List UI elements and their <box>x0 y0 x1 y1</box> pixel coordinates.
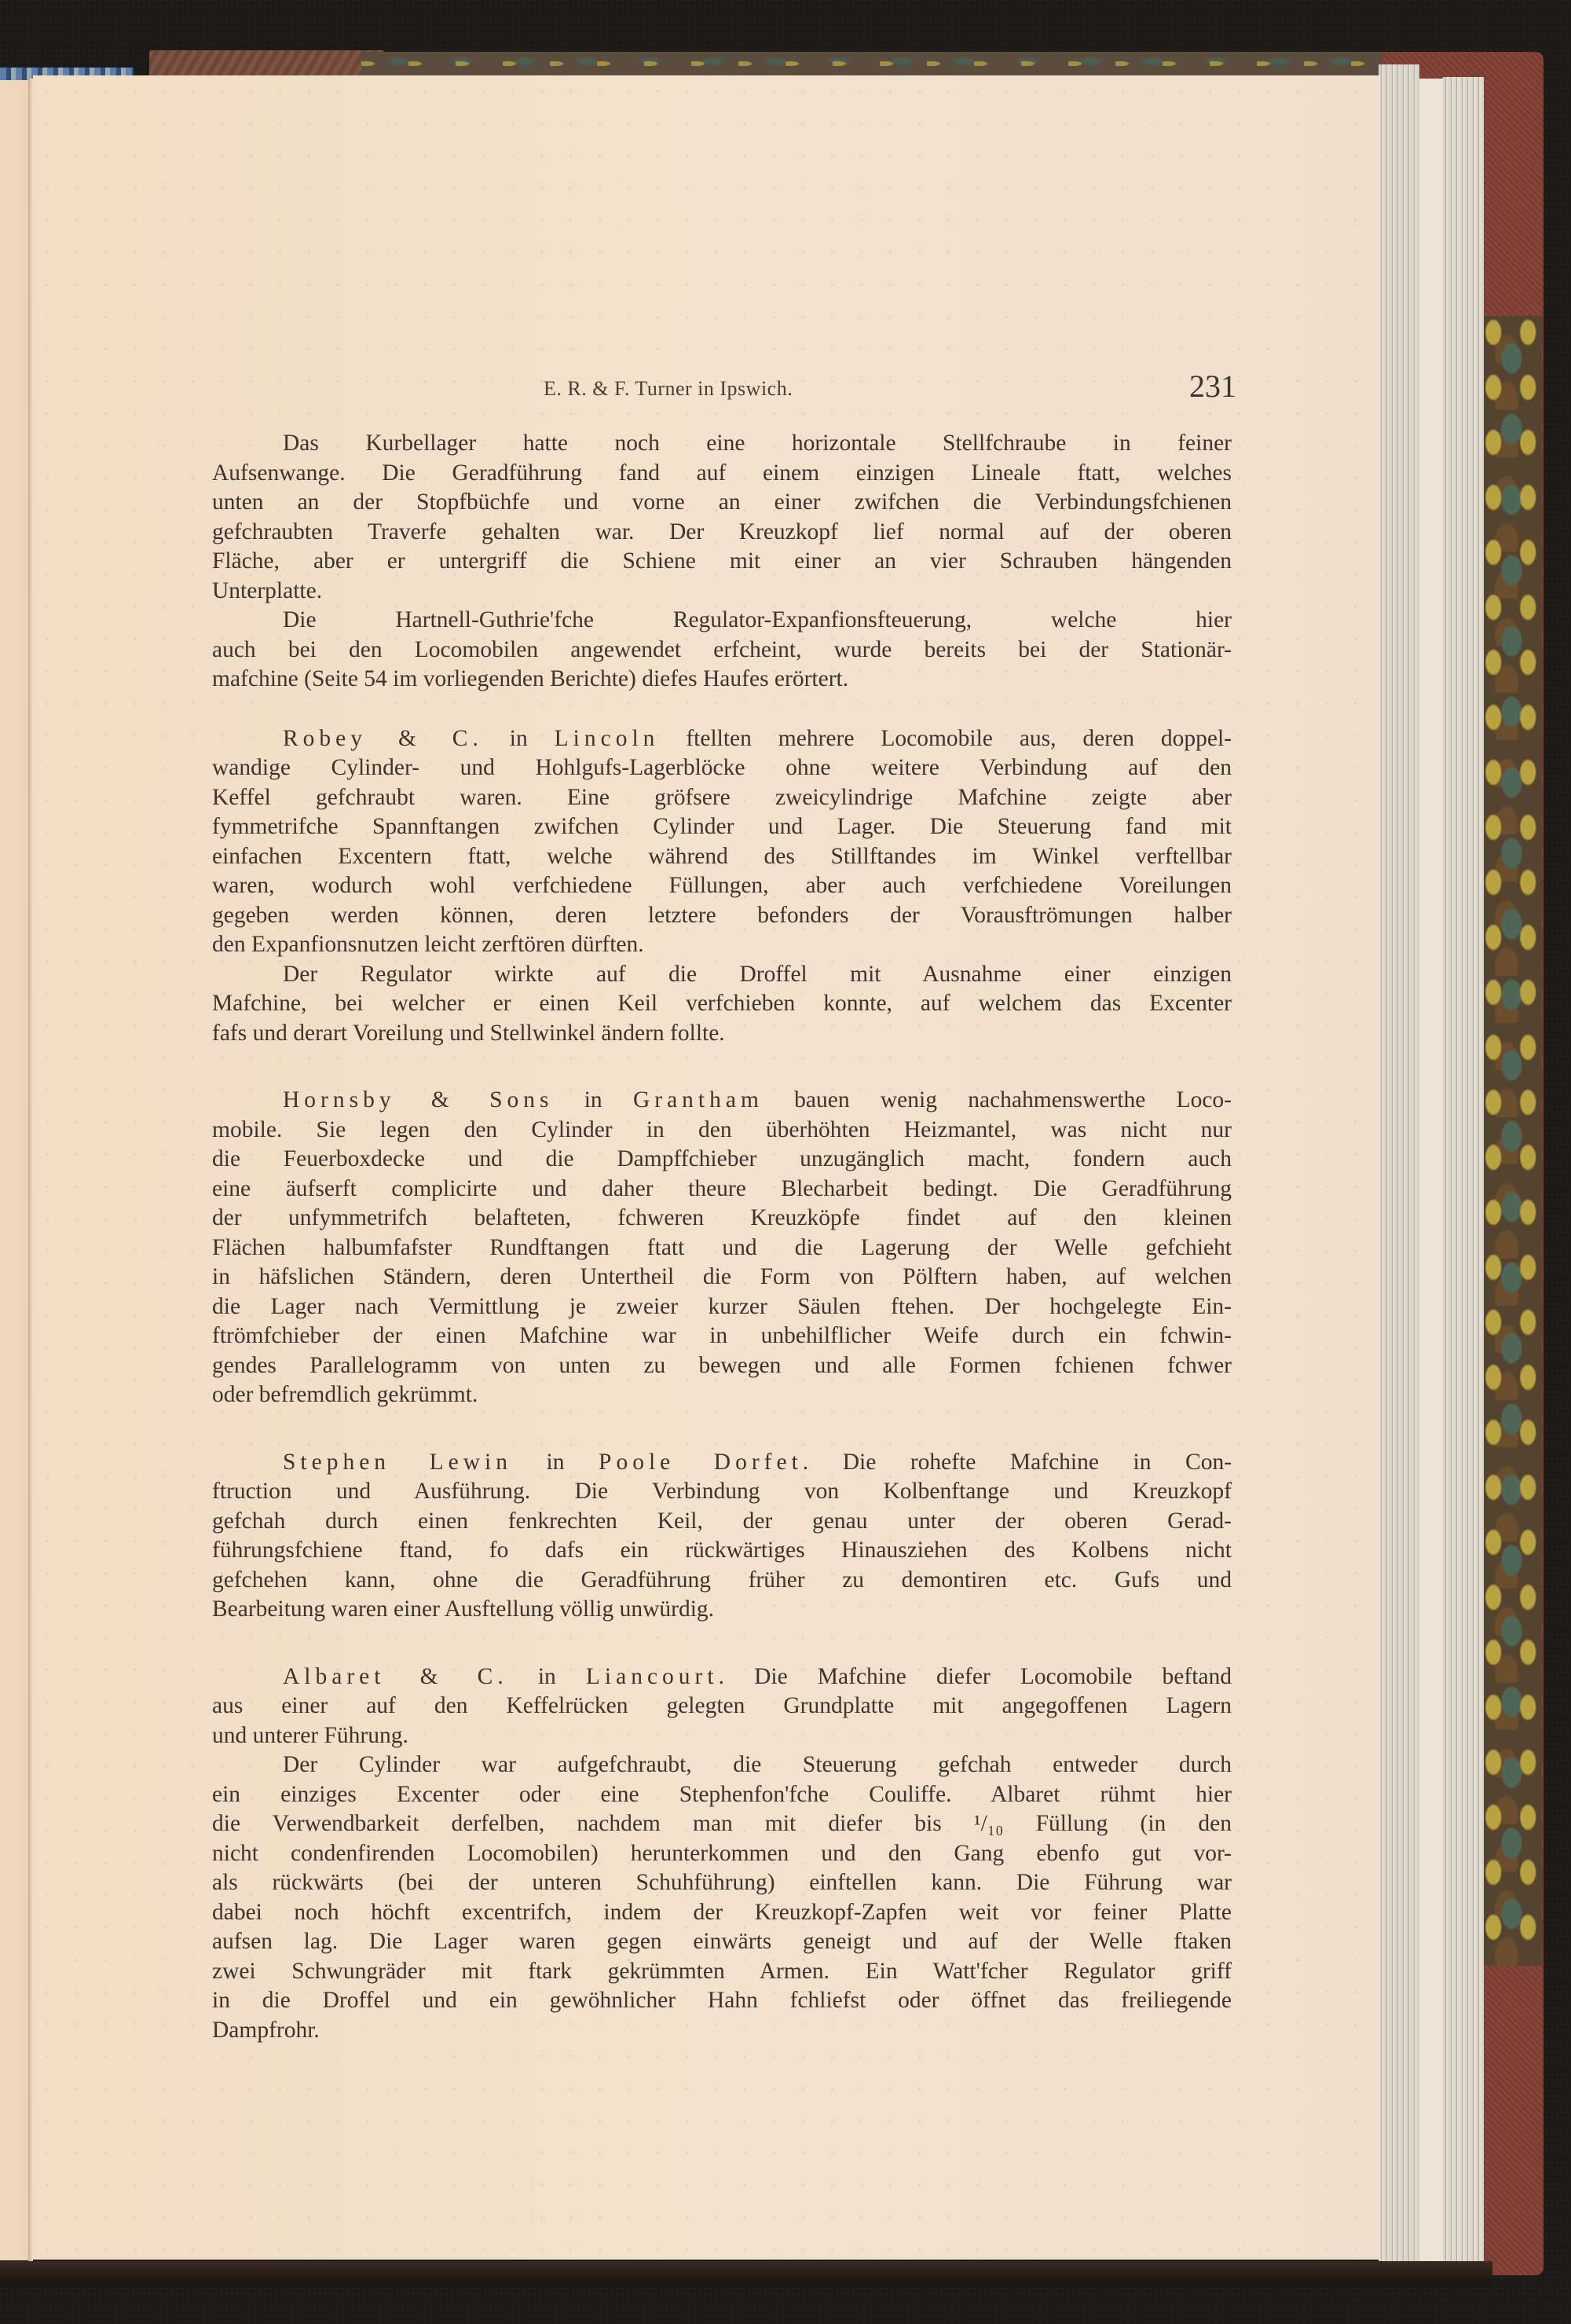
text-line: wandige Cylinder- und Hohlgufs-Lagerblöc… <box>212 753 1232 783</box>
section-gap <box>212 695 1232 724</box>
book-page: E. R. & F. Turner in Ipswich. 231 Das Ku… <box>33 75 1380 2260</box>
text-line: ftrömfchieber der einen Mafchine war in … <box>212 1321 1232 1351</box>
text-line: zwei Schwungräder mit ftark gekrümmten A… <box>212 1957 1232 1987</box>
text-line: Der Regulator wirkte auf die Droffel mit… <box>212 960 1232 990</box>
text-line: in häfslichen Ständern, deren Untertheil… <box>212 1263 1232 1292</box>
firm-name: Robey & C. <box>283 726 483 751</box>
running-head: E. R. & F. Turner in Ipswich. 231 <box>33 371 1368 410</box>
place-name: Lincoln <box>555 726 660 751</box>
text-line: Mafchine, bei welcher er einen Keil verf… <box>212 989 1232 1019</box>
text-line: aus einer auf den Keffelrücken gelegten … <box>212 1692 1232 1721</box>
connector: in <box>553 1087 632 1113</box>
text-line: der unfymmetrifch belafteten, fchweren K… <box>212 1204 1232 1233</box>
page-number: 231 <box>1189 368 1236 405</box>
text-line: Albaret & C. in Liancourt. Die Mafchine … <box>212 1662 1232 1692</box>
text-line: Flächen halbumfafster Rundftangen ftatt … <box>212 1233 1232 1263</box>
text-line: gegeben werden können, deren letztere be… <box>212 901 1232 931</box>
section-robey: Robey & C. in Lincoln ftellten mehrere L… <box>212 724 1232 1049</box>
text-line: Der Cylinder war aufgefchraubt, die Steu… <box>212 1750 1232 1780</box>
text-line: waren, wodurch wohl verfchiedene Füllung… <box>212 871 1232 901</box>
section-gap <box>212 1625 1232 1662</box>
text-line: gefchraubten Traverfe gehalten war. Der … <box>212 518 1232 548</box>
cover-marbled-board <box>1483 316 1543 1966</box>
page-edges-gap <box>1419 79 1443 2266</box>
text-line: Unterplatte. <box>212 577 1232 607</box>
text-line: Aufsenwange. Die Geradführung fand auf e… <box>212 459 1232 489</box>
text-line: als rückwärts (bei der unteren Schuhführ… <box>212 1868 1232 1898</box>
place-name: Grantham <box>633 1087 764 1113</box>
place-name: Liancourt <box>586 1664 719 1689</box>
text-line: gefchah durch einen fenkrechten Keil, de… <box>212 1507 1232 1537</box>
line-rest: ftellten mehrere Locomobile aus, deren d… <box>659 726 1232 751</box>
page-edges-back <box>1443 77 1484 2266</box>
paragraph: Albaret & C. in Liancourt. Die Mafchine … <box>212 1662 1232 1751</box>
firm-name: Hornsby & Sons <box>283 1087 553 1113</box>
text-line: Robey & C. in Lincoln ftellten mehrere L… <box>212 724 1232 754</box>
page-edges-front <box>1379 64 1419 2266</box>
text-line: führungsfchiene ftand, fo dafs ein rückw… <box>212 1536 1232 1566</box>
text-line: aufsen lag. Die Lager waren gegen einwär… <box>212 1927 1232 1957</box>
text-line: ftruction und Ausführung. Die Verbindung… <box>212 1477 1232 1507</box>
paragraph: Robey & C. in Lincoln ftellten mehrere L… <box>212 724 1232 960</box>
cover-marbled-top <box>361 52 1382 75</box>
text-line: die Feuerboxdecke und die Dampffchieber … <box>212 1145 1232 1175</box>
connector: in <box>508 1664 586 1689</box>
text-line: nicht condenfirenden Locomobilen) herunt… <box>212 1839 1232 1869</box>
text-line: Das Kurbellager hatte noch eine horizont… <box>212 429 1232 459</box>
paragraph: Der Regulator wirkte auf die Droffel mit… <box>212 960 1232 1049</box>
text-line: den Expanfionsnutzen leicht zerftören dü… <box>212 930 1232 960</box>
text-line: mafchine (Seite 54 im vorliegenden Beric… <box>212 665 1232 695</box>
section-hornsby: Hornsby & Sons in Grantham bauen wenig n… <box>212 1086 1232 1410</box>
section-turner: Das Kurbellager hatte noch eine horizont… <box>212 429 1232 695</box>
section-lewin: Stephen Lewin in Poole Dorfet. Die rohef… <box>212 1448 1232 1625</box>
text-line: fymmetrifche Spannftangen zwifchen Cylin… <box>212 812 1232 842</box>
text-line: Bearbeitung waren einer Ausftellung völl… <box>212 1595 1232 1625</box>
line-rest: . Die Mafchine diefer Locomobile beftand <box>719 1664 1232 1689</box>
text-line: mobile. Sie legen den Cylinder in den üb… <box>212 1116 1232 1146</box>
text-line: in die Droffel und ein gewöhnlicher Hahn… <box>212 1986 1232 2016</box>
text-line: Die Hartnell-Guthrie'fche Regulator-Expa… <box>212 606 1232 636</box>
text-line: gefchehen kann, ohne die Geradführung fr… <box>212 1566 1232 1596</box>
section-gap <box>212 1410 1232 1448</box>
paragraph: Das Kurbellager hatte noch eine horizont… <box>212 429 1232 606</box>
text-line: Hornsby & Sons in Grantham bauen wenig n… <box>212 1086 1232 1116</box>
text-line: Keffel gefchraubt waren. Eine gröfsere z… <box>212 783 1232 813</box>
text-line: auch bei den Locomobilen angewendet erfc… <box>212 636 1232 665</box>
text-line: fafs und derart Voreilung und Stellwinke… <box>212 1019 1232 1049</box>
text-line: die Lager nach Vermittlung je zweier kur… <box>212 1292 1232 1322</box>
text-line: oder befremdlich gekrümmt. <box>212 1380 1232 1410</box>
firm-name: Stephen Lewin <box>283 1450 512 1475</box>
running-title: E. R. & F. Turner in Ipswich. <box>544 377 793 401</box>
text-line: unten an der Stopfbüchfe und vorne an ei… <box>212 488 1232 518</box>
paragraph: Stephen Lewin in Poole Dorfet. Die rohef… <box>212 1448 1232 1625</box>
firm-name: Albaret & C. <box>283 1664 508 1689</box>
text-line: die Verwendbarkeit derfelben, nachdem ma… <box>212 1809 1232 1839</box>
line-rest: . Die rohefte Mafchine in Con- <box>803 1450 1232 1475</box>
text-line: Fläche, aber er untergriff die Schiene m… <box>212 547 1232 577</box>
section-albaret: Albaret & C. in Liancourt. Die Mafchine … <box>212 1662 1232 2046</box>
text-line: gendes Parallelogramm von unten zu beweg… <box>212 1351 1232 1381</box>
connector: in <box>483 726 555 751</box>
paragraph: Der Cylinder war aufgefchraubt, die Steu… <box>212 1750 1232 2045</box>
paragraph: Die Hartnell-Guthrie'fche Regulator-Expa… <box>212 606 1232 695</box>
connector: in <box>512 1450 599 1475</box>
paragraph: Hornsby & Sons in Grantham bauen wenig n… <box>212 1086 1232 1410</box>
text-line: einfachen Excentern ftatt, welche währen… <box>212 842 1232 872</box>
text-line: ein einziges Excenter oder eine Stephenf… <box>212 1780 1232 1810</box>
left-page-sliver <box>0 80 31 2260</box>
cover-bottom-edge <box>0 2261 1492 2285</box>
section-gap <box>212 1048 1232 1086</box>
text-line: dabei noch höchft excentrifch, indem der… <box>212 1898 1232 1928</box>
line-rest: bauen wenig nachahmenswerthe Loco- <box>764 1087 1232 1113</box>
text-line: Stephen Lewin in Poole Dorfet. Die rohef… <box>212 1448 1232 1478</box>
text-line: Dampfrohr. <box>212 2016 1232 2046</box>
body-text: Das Kurbellager hatte noch eine horizont… <box>212 429 1232 2045</box>
place-name: Poole Dorfet <box>599 1450 803 1475</box>
text-line: und unterer Führung. <box>212 1721 1232 1751</box>
text-line: eine äufserft complicirte und daher theu… <box>212 1175 1232 1204</box>
spine-leather <box>149 50 385 77</box>
